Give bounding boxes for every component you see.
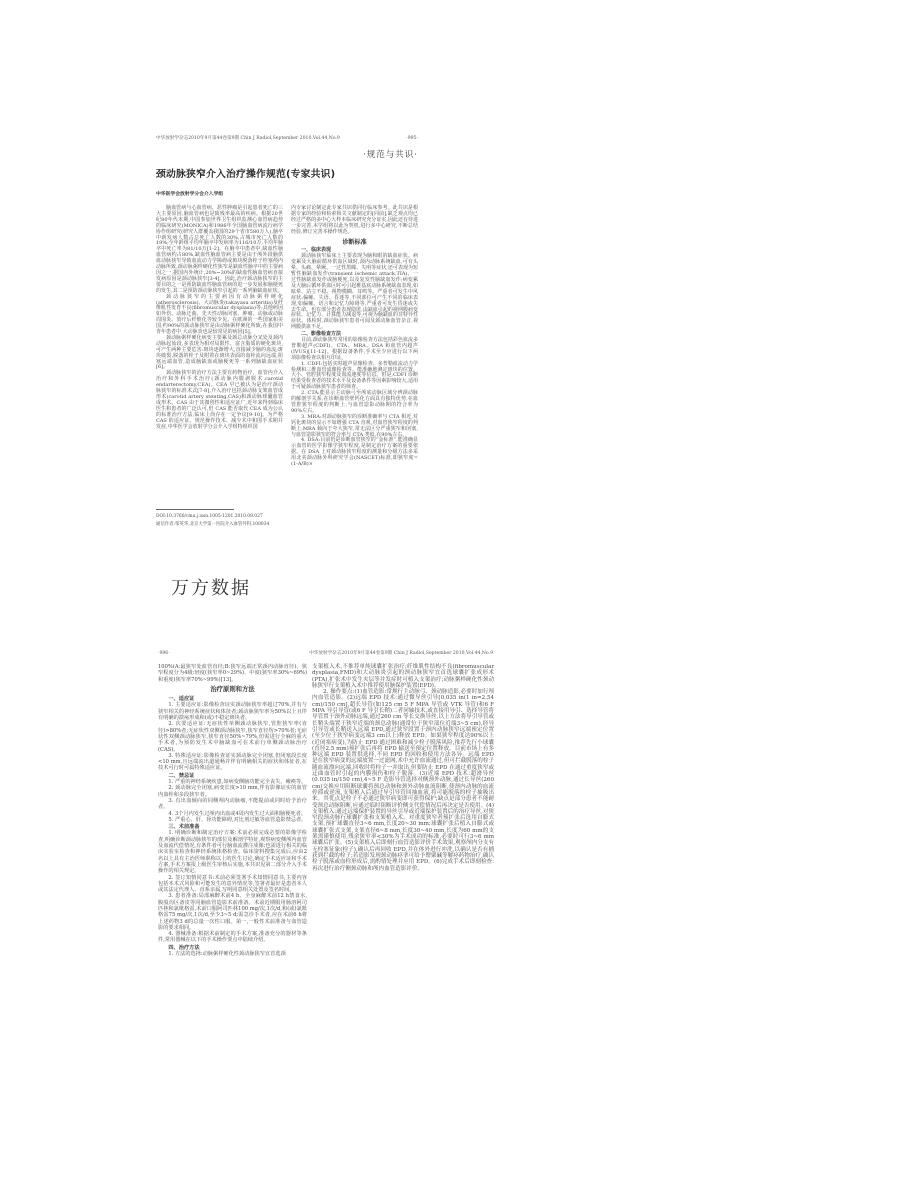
body-paragraph: 3. MRA:对颈动脉狭窄的诊断准确率与 CTA 相近,对钙化斑块的显示不如增强… xyxy=(291,415,418,439)
body-paragraph: 4. DSA:目前仍是诊断血管狭窄的“金标准”,能准确显示血管的医学影像学狭窄程… xyxy=(291,438,418,468)
author-group: 中华医学会放射学分会介入学组 xyxy=(156,190,223,197)
footnote: DOI:10.3760/cma.j.issn.1005-1201.2010.09… xyxy=(156,509,284,530)
wanfang-watermark: 万方数据 xyxy=(171,574,251,600)
page-1-body: 脑血管病与心血管病、恶性肿瘤是引起患者死亡的三大主要原因,脑血管病也是致残率最高… xyxy=(156,206,419,468)
body-paragraph: 3. 患者准备:局部麻醉术前4 h、全身麻醉术前12 h禁食水,腹股沟区备皮等同… xyxy=(158,893,307,931)
journal-line: 中华放射学杂志2010年9月第44卷第9期 Chin J Radiol,Sept… xyxy=(309,651,493,657)
body-paragraph: 颈动脉粥样硬化病变主要累及颈总动脉分叉处及颈内动脉起始段,多表现为相对局限性、富… xyxy=(156,336,283,371)
body-paragraph: 脑血管病与心血管病、恶性肿瘤是引起患者死亡的三大主要原因,脑血管病也是致残率最高… xyxy=(156,206,283,295)
document-canvas: 中华放射学杂志2010年9月第44卷第9期 Chin J Radiol,Sept… xyxy=(0,0,920,1191)
page-2-right-column: 支架植入术,不推荐单纯球囊扩张治疗;纤维肌性结构不良(fibromuscular… xyxy=(312,664,494,957)
page-number: ·995· xyxy=(406,136,418,142)
continued-paragraph: 100%(A:最狭窄处血管直径;B:狭窄远端正常颈内动脉直径)。狭窄程度分为4级… xyxy=(158,664,307,683)
body-paragraph: 3. 特殊适应证:影像检查证实颈动脉完全闭塞,但闭塞段长度<10 mm,且远端流… xyxy=(158,753,307,772)
body-paragraph: 2. 次要适应证:无症状性单侧颈动脉狭窄,管腔狭窄率(直径)>80%者;无症状性… xyxy=(158,721,307,752)
section-heading: 诊断标准 xyxy=(291,240,418,246)
body-paragraph: 1. CDFI:包括实时超声显像检查、多普勒血流动力学检测和三维血管成像检查等。… xyxy=(291,362,418,392)
body-paragraph: 1. 明确诊断和制定治疗方案:术前必须完成必要的影像学检查,明确诊断颈动脉狭窄的… xyxy=(158,830,307,874)
body-paragraph: 5. 严重心、肝、肾功能障碍,对比剂过敏等血管造影禁忌者。 xyxy=(158,817,307,823)
section-label: ·规范与共识· xyxy=(156,148,418,160)
body-paragraph: 2. 操作要点:(1)血管造影:常规行主动脉弓、颈动脉造影,必要时加行颅内血管造… xyxy=(312,689,494,872)
body-paragraph: 颈动脉狭窄临床上主要表现为脑和眼的缺血症状。病变累及大脑前循环供血区域时,颈内动… xyxy=(291,254,418,331)
article-title: 颈动脉狭窄介入治疗操作规范(专家共识) xyxy=(156,166,456,180)
body-paragraph: 3. 有出血倾向的同侧颅内动脉瘤,不能提前或同时给予治疗者。 xyxy=(158,798,307,811)
page-1-left-column: 脑血管病与心血管病、恶性肿瘤是引起患者死亡的三大主要原因,脑血管病也是致残率最高… xyxy=(156,206,283,468)
body-paragraph: 1. 主要适应证:影像检查证实颈动脉狭窄率超过70%,并有与狭窄相关的神经系统症… xyxy=(158,702,307,721)
body-paragraph: 2. 颈动脉完全闭塞,病变长度>10 mm,伴有影像证实的血管内血栓和多段狭窄者… xyxy=(158,785,307,798)
body-paragraph: 颈动脉狭窄的主要病因有动脉粥样硬化(atherosclerosis)、大动脉炎(… xyxy=(156,295,283,336)
body-paragraph: 1. 方法的选择:动脉粥样硬化性颈动脉狭窄宜首选颈 xyxy=(158,951,307,957)
body-paragraph: 颈动脉狭窄的治疗方法主要有药物治疗、血管内介入治疗和外科手术治疗(颈动脉内膜剥脱… xyxy=(156,371,283,430)
footnote-divider xyxy=(156,509,234,510)
section-heading: 治疗原则和方法 xyxy=(158,687,307,693)
page-2-body: 100%(A:最狭窄处血管直径;B:狭窄远端正常颈内动脉直径)。狭窄程度分为4级… xyxy=(158,664,494,957)
correspondence-line: 通信作者:邹英华,北京大学第一医院介入血管外科,100034 xyxy=(156,521,284,529)
body-paragraph: 4. 3个月内发生过颅内出血或4周内发生过大面积脑梗死者。 xyxy=(158,811,307,817)
journal-line: 中华放射学杂志2010年9月第44卷第9期 Chin J Radiol,Sept… xyxy=(156,136,340,142)
body-paragraph: 目前,颈动脉狭窄常用的影像检查方法包括彩色血流多普勒超声(CDFI)、CTA、M… xyxy=(291,338,418,362)
continued-paragraph: 支架植入术,不推荐单纯球囊扩张治疗;纤维肌性结构不良(fibromuscular… xyxy=(312,664,494,689)
body-paragraph: 2. 签订知情同意书:术前必须签署手术知情同意书,主要内容包括本术式风险和可能发… xyxy=(158,875,307,894)
page-1-running-header: 中华放射学杂志2010年9月第44卷第9期 Chin J Radiol,Sept… xyxy=(156,136,418,142)
continued-paragraph: 内专家讨论制定此专家共识供同行临床参考。此共识是根据专家的经验和检索相关文献制定… xyxy=(291,206,418,236)
page-number: ·996· xyxy=(158,651,170,657)
doi-line: DOI:10.3760/cma.j.issn.1005-1201.2010.09… xyxy=(156,513,284,521)
page-2-left-column: 100%(A:最狭窄处血管直径;B:狭窄远端正常颈内动脉直径)。狭窄程度分为4级… xyxy=(158,664,307,957)
page-2-running-header: ·996· 中华放射学杂志2010年9月第44卷第9期 Chin J Radio… xyxy=(158,651,493,657)
page-1-right-column: 内专家讨论制定此专家共识供同行临床参考。此共识是根据专家的经验和检索相关文献制定… xyxy=(291,206,418,468)
body-paragraph: 2. CTA:能显示主动脉弓至颅底动脉区域分辨颈动脉的解剖学关系,在诊断血管壁钙… xyxy=(291,391,418,415)
body-paragraph: 4. 器械准备:根据术前制定的手术方案,准备充分的器材等条件,常用器械在以下的手… xyxy=(158,931,307,944)
